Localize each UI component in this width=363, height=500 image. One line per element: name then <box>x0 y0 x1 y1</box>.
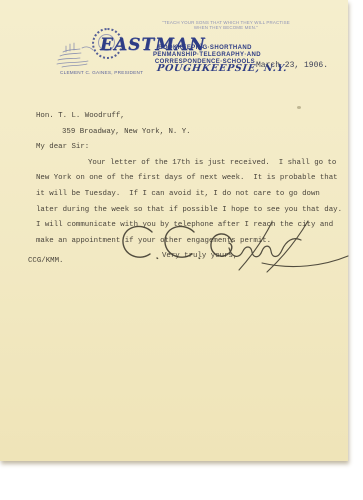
salutation: My dear Sir: <box>36 140 340 156</box>
signature-autograph <box>112 218 350 278</box>
body-line: New York on one of the first days of nex… <box>36 171 340 187</box>
letterhead-motto: "TEACH YOUR SONS THAT WHICH THEY WILL PR… <box>161 21 291 31</box>
dept-line-1: BOOKKEEPING·SHORTHAND <box>153 45 257 52</box>
body-line: later during the week so that if possibl… <box>36 203 340 219</box>
motto-line-2: WHEN THEY BECOME MEN." <box>161 26 291 31</box>
recipient-name-line: Hon. T. L. Woodruff, <box>36 109 340 125</box>
scanned-letter-page: "TEACH YOUR SONS THAT WHICH THEY WILL PR… <box>0 0 363 500</box>
reference-initials: CCG/KMM. <box>28 257 63 265</box>
president-caption: CLEMENT C. GAINES, PRESIDENT <box>60 71 143 76</box>
letter-paper: "TEACH YOUR SONS THAT WHICH THEY WILL PR… <box>0 0 348 461</box>
body-line: it will be Tuesday. If I can avoid it, I… <box>36 187 340 203</box>
recipient-address-line: 359 Broadway, New York, N. Y. <box>36 125 340 141</box>
typed-date: March 23, 1906. <box>256 61 328 70</box>
dept-line-2: PENMANSHIP·TELEGRAPHY·AND <box>153 52 257 59</box>
body-line: Your letter of the 17th is just received… <box>36 156 340 172</box>
